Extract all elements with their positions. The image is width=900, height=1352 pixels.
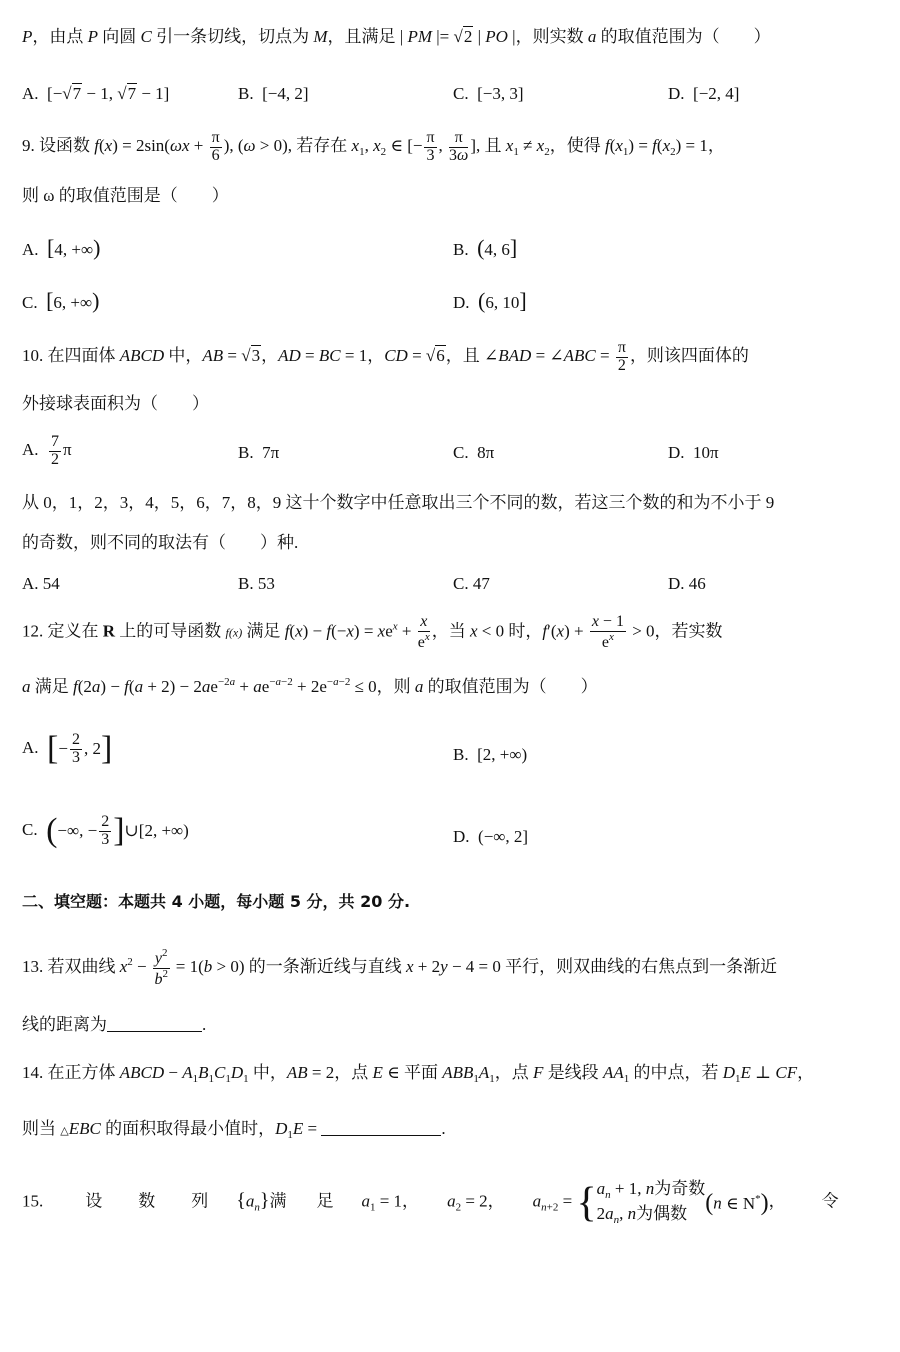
q13-stem: 13. 若双曲线 x2 − y2b2 = 1(b > 0) 的一条渐近线与直线 … <box>22 948 777 989</box>
q11-option-a[interactable]: A. 54 <box>22 574 60 594</box>
q9-stem-line2: 则 ω 的取值范围是（ ） <box>22 187 229 204</box>
q11-stem-line2: 的奇数，则不同的取法有（ ）种. <box>22 534 298 551</box>
q12-option-c[interactable]: C. (−∞, −23]∪[2, +∞) <box>22 812 189 850</box>
q12-option-b[interactable]: B. [2, +∞) <box>453 745 527 765</box>
q11-stem: 从 0，1，2，3，4，5，6，7，8，9 这十个数字中任意取出三个不同的数，若… <box>22 494 774 511</box>
q9-stem: 9. 设函数 f(x) = 2sin(ωx + π6), (ω > 0), 若存… <box>22 130 725 165</box>
q9-option-b[interactable]: B. (4, 6] <box>453 235 517 261</box>
q8-option-a[interactable]: A. [−√7 − 1, √7 − 1] <box>22 84 169 104</box>
q14-stem-line2: 则当 △EBC 的面积取得最小值时，D1E = . <box>22 1119 446 1141</box>
q11-option-c[interactable]: C. 47 <box>453 574 490 594</box>
q9-option-d[interactable]: D. (6, 10] <box>453 288 527 314</box>
q14-stem: 14. 在正方体 ABCD − A1B1C1D1 中，AB = 2，点 E ∈ … <box>22 1064 814 1085</box>
q15-stem: 15.设数列{an}满足a1 = 1，a2 = 2，an+2 = {an + 1… <box>22 1178 839 1228</box>
q10-option-b[interactable]: B. 7π <box>238 443 279 463</box>
q13-stem-line2: 线的距离为. <box>22 1015 206 1033</box>
answer-blank[interactable] <box>321 1119 441 1136</box>
answer-blank[interactable] <box>107 1015 202 1032</box>
q9-option-a[interactable]: A. [4, +∞) <box>22 235 100 261</box>
q8-option-c[interactable]: C. [−3, 3] <box>453 84 524 104</box>
section-heading-fill-in: 二、填空题：本题共 4 小题，每小题 5 分，共 20 分. <box>22 894 410 910</box>
q12-stem: 12. 定义在 R 上的可导函数 f(x) 满足 f(x) − f(−x) = … <box>22 614 723 652</box>
q12-stem-line2: a 满足 f(2a) − f(a + 2) − 2ae−2a + ae−a−2 … <box>22 677 598 695</box>
q8-option-d[interactable]: D. [−2, 4] <box>668 84 739 104</box>
q11-option-d[interactable]: D. 46 <box>668 574 706 594</box>
q10-option-d[interactable]: D. 10π <box>668 443 719 463</box>
q9-option-c[interactable]: C. [6, +∞) <box>22 288 99 314</box>
q12-option-a[interactable]: A. [−23, 2] <box>22 730 112 768</box>
q8-stem-continued: P，由点 P 向圆 C 引一条切线，切点为 M，且满足 | PM |= √2 |… <box>22 28 771 45</box>
q10-option-c[interactable]: C. 8π <box>453 443 494 463</box>
q10-stem: 10. 在四面体 ABCD 中，AB = √3，AD = BC = 1，CD =… <box>22 340 749 375</box>
q10-option-a[interactable]: A. 72π <box>22 434 72 469</box>
q8-option-b[interactable]: B. [−4, 2] <box>238 84 309 104</box>
q11-option-b[interactable]: B. 53 <box>238 574 275 594</box>
q12-option-d[interactable]: D. (−∞, 2] <box>453 827 528 847</box>
q10-stem-line2: 外接球表面积为（ ） <box>22 395 209 412</box>
